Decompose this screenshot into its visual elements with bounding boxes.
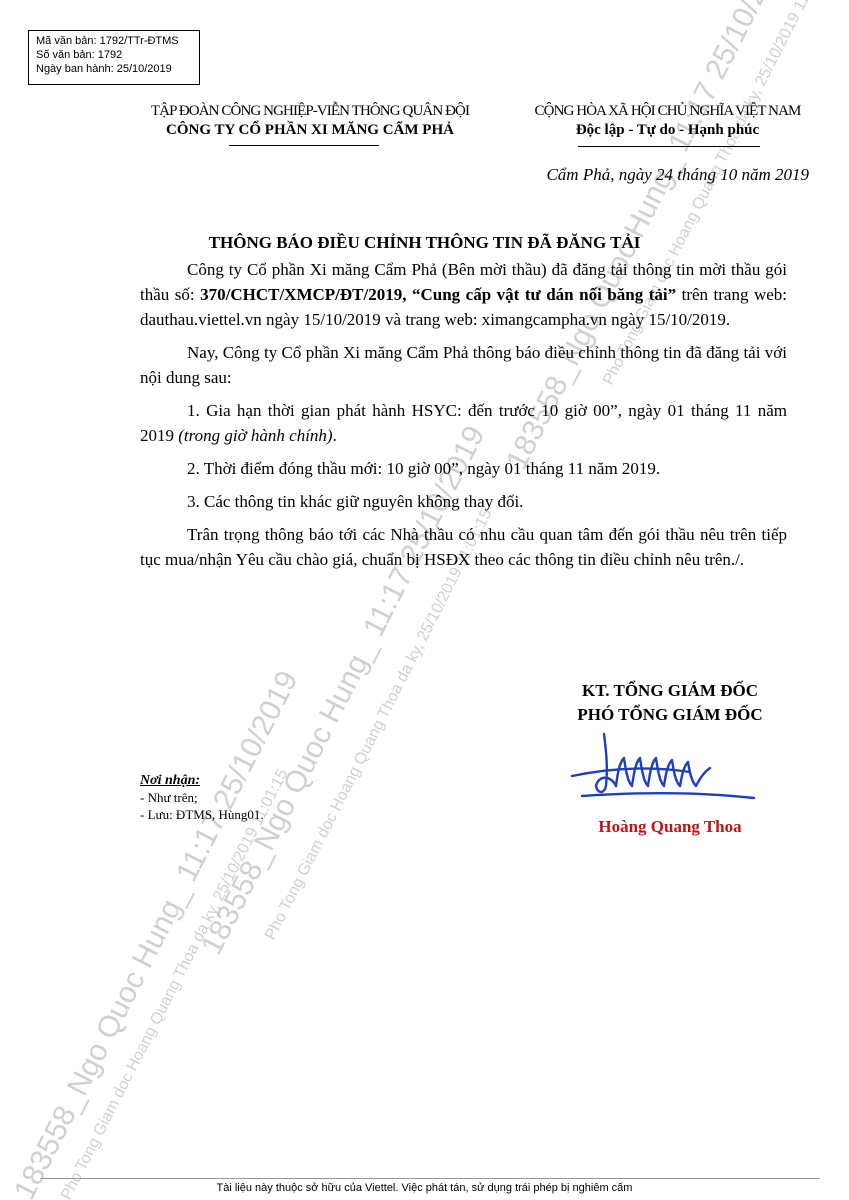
package-name: 370/CHCT/XMCP/ĐT/2019, “Cung cấp vật tư … [200, 285, 676, 304]
paragraph-item-2: 2. Thời điểm đóng thầu mới: 10 giờ 00”, … [140, 456, 787, 481]
doc-number: Số văn bản: 1792 [36, 48, 199, 62]
signature-title-1: KT. TỔNG GIÁM ĐỐC [520, 679, 820, 703]
place-date: Cẩm Phả, ngày 24 tháng 10 năm 2019 [546, 165, 809, 185]
parent-org: TẬP ĐOÀN CÔNG NGHIỆP-VIỄN THÔNG QUÂN ĐỘI [120, 103, 500, 120]
paragraph-adjustment-intro: Nay, Công ty Cổ phần Xi măng Cẩm Phả thô… [140, 340, 787, 390]
signature-block: KT. TỔNG GIÁM ĐỐC PHÓ TỔNG GIÁM ĐỐC [520, 679, 820, 727]
paragraph-item-3: 3. Các thông tin khác giữ nguyên không t… [140, 489, 787, 514]
watermark-user-stamp-repeat: 183558_Ngo Quoc Hung_ 11:17 25/10/2019 [8, 666, 305, 1200]
recipients-block: Nơi nhận: - Như trên; - Lưu: ĐTMS, Hùng0… [140, 772, 264, 823]
footer-disclaimer: Tài liệu này thuộc sở hữu của Viettel. V… [0, 1182, 849, 1194]
company-underline [229, 145, 379, 146]
paragraph-closing: Trân trọng thông báo tới các Nhà thầu có… [140, 522, 787, 572]
issue-date: Ngày ban hành: 25/10/2019 [36, 62, 199, 76]
document-body: Công ty Cổ phần Xi măng Cẩm Phả (Bên mời… [140, 257, 787, 580]
country-name: CỘNG HÒA XÃ HỘI CHỦ NGHĨA VIỆT NAM [510, 103, 825, 120]
header-national-motto: CỘNG HÒA XÃ HỘI CHỦ NGHĨA VIỆT NAM Độc l… [510, 103, 825, 140]
recipients-title: Nơi nhận: [140, 772, 264, 789]
signer-block: Hoàng Quang Thoa [520, 817, 820, 837]
paragraph-item-1: 1. Gia hạn thời gian phát hành HSYC: đến… [140, 398, 787, 448]
motto: Độc lập - Tự do - Hạnh phúc [510, 120, 825, 140]
handwritten-signature [570, 728, 770, 808]
footer-divider [40, 1178, 820, 1179]
header-organization: TẬP ĐOÀN CÔNG NGHIỆP-VIỄN THÔNG QUÂN ĐỘI… [120, 103, 500, 140]
recipient-item: - Như trên; [140, 789, 264, 806]
signer-name: Hoàng Quang Thoa [520, 817, 820, 837]
watermark-signature-stamp-repeat: Pho Tong Giam doc Hoang Quang Thoa da ky… [58, 766, 292, 1200]
doc-code: Mã văn bản: 1792/TTr-ĐTMS [36, 34, 199, 48]
motto-underline [578, 146, 760, 147]
paragraph-announcement: Công ty Cổ phần Xi măng Cẩm Phả (Bên mời… [140, 257, 787, 332]
company-name: CÔNG TY CỔ PHẦN XI MĂNG CẨM PHẢ [120, 120, 500, 140]
signature-title-2: PHÓ TỔNG GIÁM ĐỐC [520, 703, 820, 727]
document-meta-box: Mã văn bản: 1792/TTr-ĐTMS Số văn bản: 17… [28, 30, 200, 85]
recipient-item: - Lưu: ĐTMS, Hùng01. [140, 806, 264, 823]
document-title: THÔNG BÁO ĐIỀU CHỈNH THÔNG TIN ĐÃ ĐĂNG T… [0, 233, 849, 253]
